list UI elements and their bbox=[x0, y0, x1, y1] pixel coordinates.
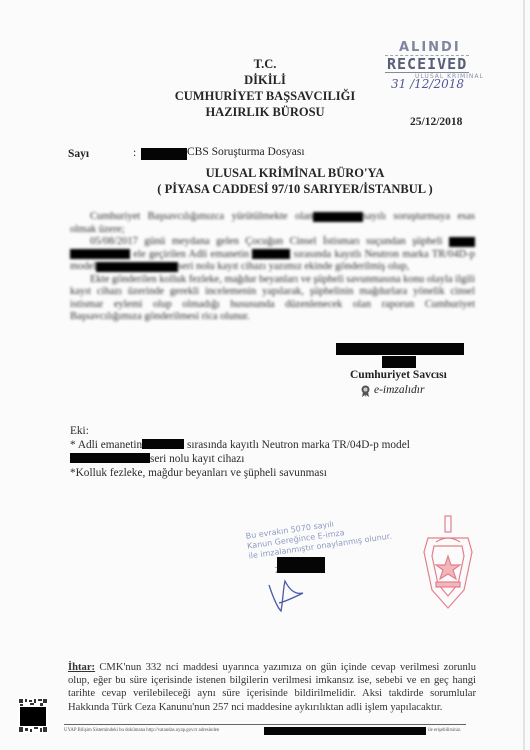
redaction-box bbox=[313, 212, 363, 222]
attachment-item-1-cont: seri nolu kayıt cihazı bbox=[70, 452, 244, 466]
addressee-name: ULUSAL KRİMİNAL BÜRO'YA bbox=[140, 166, 450, 181]
attachment-item-1: * Adli emanetin sırasında kayıtlı Neutro… bbox=[70, 438, 410, 452]
received-stamp: ALINDI RECEIVED ULUSAL KRİMİNAL 31 /12/2… bbox=[385, 42, 495, 82]
attachment-item-2: *Kolluk fezleke, mağdur beyanları ve şüp… bbox=[70, 466, 327, 480]
redaction-box bbox=[264, 727, 426, 735]
body-text: 05/08/2017 günü meydana gelen Çocuğun Ci… bbox=[90, 236, 443, 247]
body-paragraph-3: Ekte gönderilen kolluk fezleke, mağdur b… bbox=[70, 274, 475, 324]
qr-code-icon bbox=[18, 698, 48, 734]
header-city: DİKİLİ bbox=[150, 72, 380, 88]
body-paragraph-2: 05/08/2017 günü meydana gelen Çocuğun Ci… bbox=[70, 236, 475, 274]
page-edge bbox=[523, 0, 525, 750]
seal-rosette-icon bbox=[360, 385, 371, 397]
reference-colon: : bbox=[133, 147, 136, 159]
addressee-address: ( PİYASA CADDESİ 97/10 SARIYER/İSTANBUL … bbox=[140, 182, 450, 197]
redaction-box bbox=[142, 439, 184, 449]
attachments-label: Eki: bbox=[70, 424, 89, 438]
stamp-alindi: ALINDI bbox=[399, 40, 461, 55]
stamp-date: 31 /12/2018 bbox=[391, 77, 464, 91]
redaction-box bbox=[20, 707, 46, 726]
warning-text: CMK'nun 332 nci maddesi uyarınca yazımız… bbox=[68, 662, 476, 713]
shield-emblem-icon bbox=[418, 512, 478, 612]
redaction-box bbox=[70, 249, 130, 259]
document-date: 25/12/2018 bbox=[410, 116, 462, 128]
redaction-box bbox=[252, 249, 290, 259]
header-bureau: HAZIRLIK BÜROSU bbox=[150, 104, 380, 120]
body-text: Cumhuriyet Başsavcılığımızca yürütülmekt… bbox=[90, 211, 313, 222]
attachment-text: seri nolu kayıt cihazı bbox=[150, 453, 244, 465]
body-text: seri nolu kayıt cihazı yazımız ekinde gö… bbox=[178, 261, 409, 272]
attachment-text: * Adli emanetin bbox=[70, 439, 142, 451]
redaction-box bbox=[96, 262, 178, 272]
footer-divider bbox=[64, 724, 466, 725]
reference-label: Sayı bbox=[68, 148, 89, 160]
warning-label: İhtar: bbox=[68, 662, 95, 673]
redaction-box bbox=[70, 453, 150, 463]
letter-body: Cumhuriyet Başsavcılığımızca yürütülmekt… bbox=[70, 211, 475, 324]
signer-title: Cumhuriyet Savcısı bbox=[350, 369, 447, 381]
redaction-box bbox=[141, 148, 187, 160]
handwritten-signature-icon bbox=[265, 575, 315, 615]
e-signature-note: e-imzalıdır bbox=[374, 384, 424, 396]
reference-text: CBS Soruşturma Dosyası bbox=[187, 146, 305, 158]
attachment-text: sırasında kayıtlı Neutron marka TR/04D-p… bbox=[187, 439, 410, 451]
redaction-box bbox=[336, 343, 464, 355]
stamp-received: RECEIVED bbox=[385, 55, 469, 73]
header-tc: T.C. bbox=[150, 56, 380, 72]
warning-notice: İhtar: CMK'nun 332 nci maddesi uyarınca … bbox=[68, 661, 476, 714]
redaction-box bbox=[449, 237, 475, 247]
body-text: ele geçirilen Adli emanetin bbox=[133, 249, 249, 260]
redaction-box bbox=[277, 557, 325, 573]
redaction-box bbox=[382, 356, 416, 368]
footer-text-end: ile erişebilirsiniz. bbox=[428, 728, 461, 733]
body-paragraph-1: Cumhuriyet Başsavcılığımızca yürütülmekt… bbox=[70, 211, 475, 236]
header-office: CUMHURİYET BAŞSAVCILIĞI bbox=[150, 88, 380, 104]
